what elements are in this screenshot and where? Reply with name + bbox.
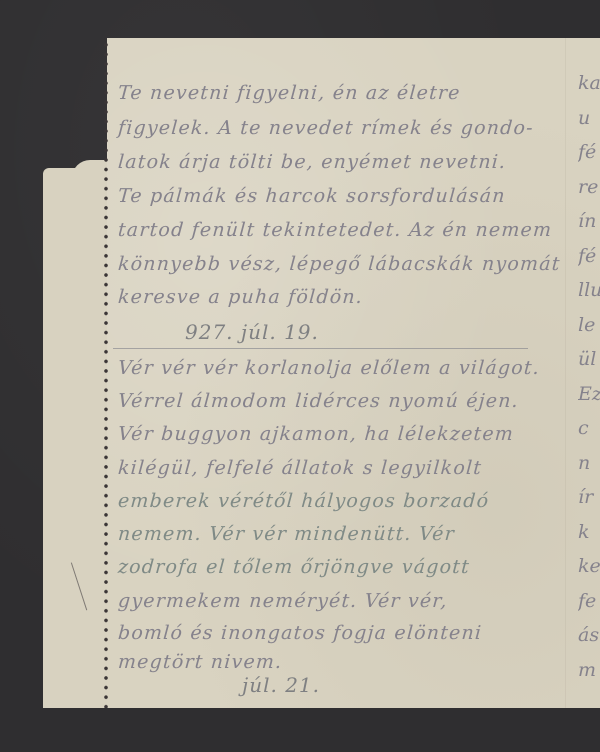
entry-1-line: keresve a puha földön. [117,286,364,308]
right-fragment: n [578,452,600,487]
right-fragment: ke [578,555,600,590]
right-column-fragments: ka u fé re ín fé llu le ül Ez c n ír k k… [578,72,600,693]
entry-2-line: kilégül, felfelé állatok s legyilkolt [117,457,483,479]
right-fragment: k [578,521,600,556]
right-fragment: re [578,176,600,211]
right-fragment: m [578,659,600,694]
entry-2-date: júl. 21. [242,673,320,697]
right-fragment: ül [578,348,600,383]
right-fragment: fé [578,245,600,280]
entry-2-line: emberek vérétől hályogos borzadó [117,490,490,512]
right-fragment: ka [578,72,600,107]
entry-2-line: Vér buggyon ajkamon, ha lélekzetem [117,423,515,445]
entry-2-line: zodrofa el tőlem őrjöngve vágott [117,556,470,578]
right-fragment: fe [578,590,600,625]
right-fragment: u [578,107,600,142]
entry-2-line: megtört nivem. [117,651,283,673]
entry-divider [113,348,528,349]
right-fragment: llu [578,279,600,314]
entry-1-line: Te nevetni figyelni, én az életre [117,82,461,104]
right-fragment: fé [578,141,600,176]
right-fragment: ín [578,210,600,245]
entry-1-date: 927. júl. 19. [185,320,319,344]
entry-1-line: tartod fenült tekintetedet. Az én nemem [117,219,553,241]
paper-fold [565,38,566,708]
perforation-edge [103,40,109,708]
entry-1-line: Te pálmák és harcok sorsfordulásán [117,185,506,207]
entry-2-line: Vér vér vér korlanolja előlem a világot. [117,357,541,379]
entry-2-line: bomló és inongatos fogja elönteni [117,622,483,644]
entry-2-line: gyermekem neméryét. Vér vér, [117,590,448,612]
left-stub-paper [43,168,109,708]
entry-2-line: Vérrel álmodom lidérces nyomú éjen. [117,390,519,412]
right-fragment: le [578,314,600,349]
right-fragment: Ez [578,383,600,418]
right-fragment: c [578,417,600,452]
right-fragment: ás [578,624,600,659]
entry-1-line: figyelek. A te nevedet rímek és gondo- [117,117,534,139]
entry-2-line: nemem. Vér vér mindenütt. Vér [117,523,455,545]
entry-1-line: könnyebb vész, lépegő lábacskák nyomát [117,253,561,275]
entry-1-line: latok árja tölti be, enyémet nevetni. [117,151,507,173]
right-fragment: ír [578,486,600,521]
